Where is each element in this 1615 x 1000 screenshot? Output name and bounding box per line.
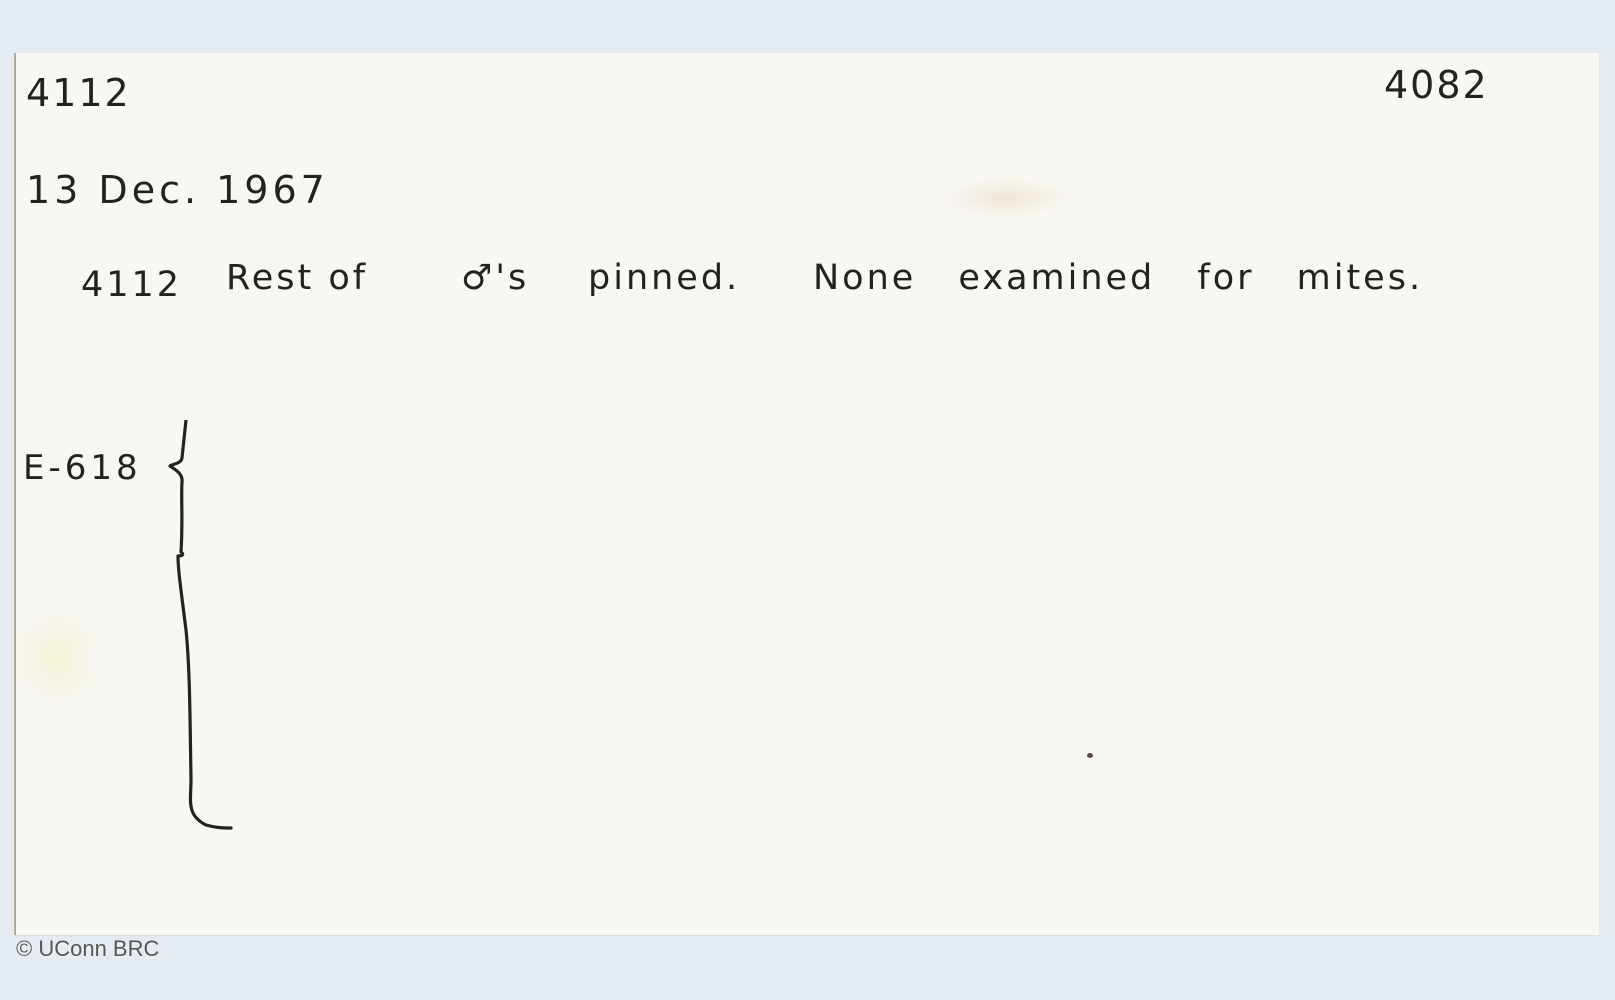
paper-speck xyxy=(1087,753,1093,758)
entry-number: 4112 xyxy=(81,265,182,305)
copyright-watermark: © UConn BRC xyxy=(16,936,159,962)
index-card: 4112 4082 13 Dec. 1967 4112 Rest of ♂'s … xyxy=(15,53,1599,935)
paper-stain xyxy=(946,178,1066,218)
date: 13 Dec. 1967 xyxy=(26,168,329,212)
entry-text-none-examined: None examined for mites. xyxy=(813,258,1423,298)
paper-stain xyxy=(16,613,96,703)
curly-bracket-icon xyxy=(156,420,256,860)
top-left-number: 4112 xyxy=(26,71,131,115)
left-label: E-618 xyxy=(23,448,142,488)
top-right-number: 4082 xyxy=(1384,63,1489,107)
entry-text-pinned: pinned. xyxy=(588,258,740,298)
male-symbol: ♂'s xyxy=(461,258,529,298)
entry-text-rest-of: Rest of xyxy=(226,258,368,298)
